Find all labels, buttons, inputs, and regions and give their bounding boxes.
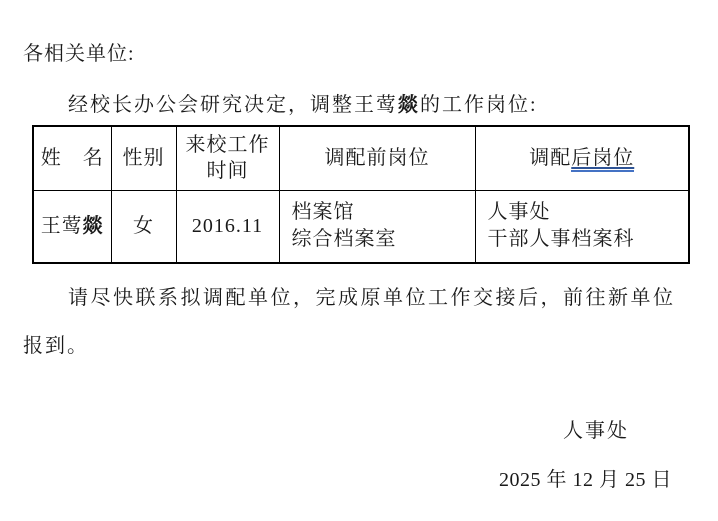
header-after-position-prefix: 调配 — [529, 147, 571, 169]
cell-start-time: 2016.11 — [176, 190, 279, 263]
intro-text-pre: 经校长办公会研究决定，调整王莺 — [68, 94, 398, 116]
document-page: 各相关单位: 经校长办公会研究决定，调整王莺燚的工作岗位: 姓 名 性别 来校工… — [0, 0, 718, 521]
intro-substituted-char: 燚 — [398, 92, 420, 116]
header-start-time: 来校工作 时间 — [176, 126, 279, 190]
cell-after-position: 人事处 干部人事档案科 — [475, 190, 689, 263]
cell-name-substituted-char: 燚 — [83, 213, 104, 237]
signature-department: 人事处 — [563, 414, 629, 443]
salutation-line: 各相关单位: — [23, 37, 135, 66]
header-after-position: 调配后岗位 — [475, 126, 689, 190]
table-header-row: 姓 名 性别 来校工作 时间 调配前岗位 调配后岗位 — [33, 126, 689, 190]
table-data-row: 王莺燚 女 2016.11 档案馆 综合档案室 人事处 干部人事档案科 — [33, 190, 689, 263]
cell-name: 王莺燚 — [33, 190, 111, 263]
cell-name-pre: 王莺 — [41, 215, 83, 237]
transfer-table: 姓 名 性别 来校工作 时间 调配前岗位 调配后岗位 王莺燚 女 2016.11… — [32, 125, 690, 264]
header-gender: 性别 — [111, 126, 176, 190]
intro-text-post: 的工作岗位: — [420, 94, 538, 116]
header-after-position-underlined: 后岗位 — [571, 147, 634, 172]
signature-date: 2025 年 12 月 25 日 — [499, 463, 672, 492]
closing-paragraph-line1: 请尽快联系拟调配单位，完成原单位工作交接后，前往新单位 — [68, 281, 676, 310]
intro-paragraph: 经校长办公会研究决定，调整王莺燚的工作岗位: — [68, 88, 538, 117]
cell-gender: 女 — [111, 190, 176, 263]
header-name: 姓 名 — [33, 126, 111, 190]
cell-before-position: 档案馆 综合档案室 — [279, 190, 475, 263]
closing-paragraph-line2: 报到。 — [23, 329, 89, 358]
header-before-position: 调配前岗位 — [279, 126, 475, 190]
